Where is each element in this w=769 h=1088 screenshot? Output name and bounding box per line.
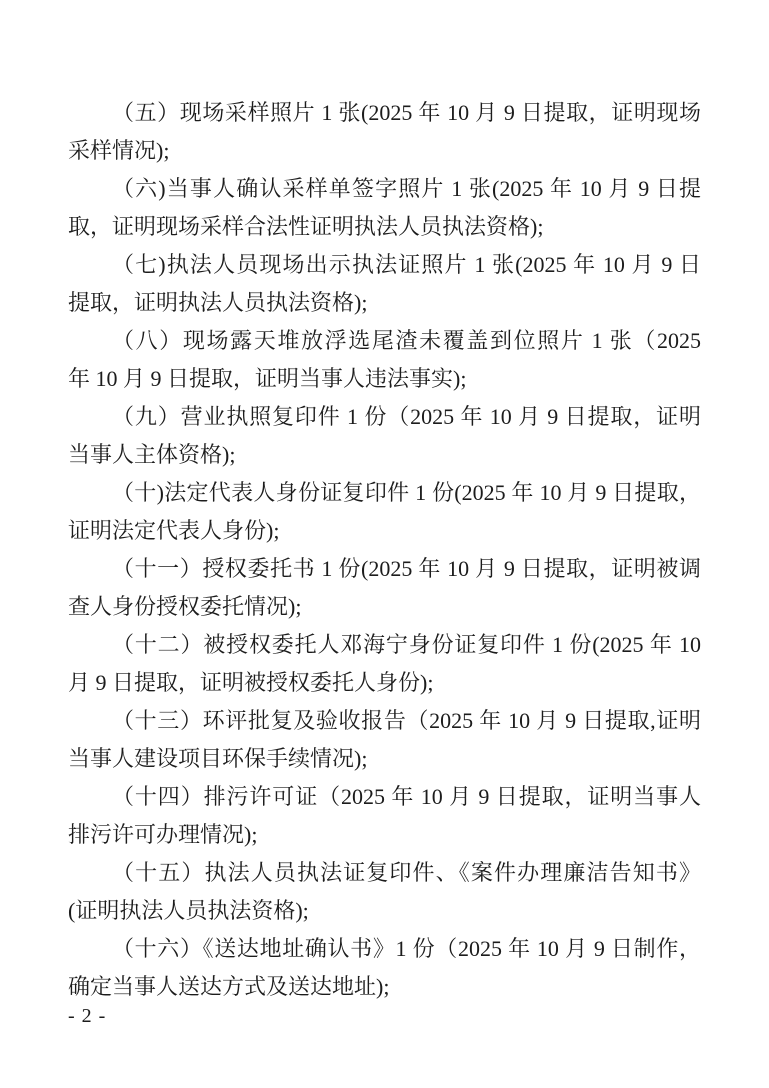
item-11-line-1: （十一）授权委托书 1 份(2025 年 10 月 9 日提取，证明被调 (68, 550, 701, 588)
item-5-line-2: 采样情况); (68, 132, 701, 170)
item-9-line-2: 当事人主体资格); (68, 436, 701, 474)
item-7-line-2: 提取，证明执法人员执法资格); (68, 284, 701, 322)
item-7-line-1: （七)执法人员现场出示执法证照片 1 张(2025 年 10 月 9 日 (68, 246, 701, 284)
item-11-line-2: 查人身份授权委托情况); (68, 588, 701, 626)
document-body: （五）现场采样照片 1 张(2025 年 10 月 9 日提取，证明现场采样情况… (68, 94, 701, 1006)
item-6-line-2: 取，证明现场采样合法性证明执法人员执法资格); (68, 208, 701, 246)
item-16-line-1: （十六）《送达地址确认书》1 份（2025 年 10 月 9 日制作， (68, 930, 701, 968)
item-6-line-1: （六)当事人确认采样单签字照片 1 张(2025 年 10 月 9 日提 (68, 170, 701, 208)
item-12-line-2: 月 9 日提取，证明被授权委托人身份); (68, 664, 701, 702)
item-12-line-1: （十二）被授权委托人邓海宁身份证复印件 1 份(2025 年 10 (68, 626, 701, 664)
item-14-line-2: 排污许可办理情况); (68, 816, 701, 854)
document-page: （五）现场采样照片 1 张(2025 年 10 月 9 日提取，证明现场采样情况… (0, 0, 769, 1088)
item-5-line-1: （五）现场采样照片 1 张(2025 年 10 月 9 日提取，证明现场 (68, 94, 701, 132)
item-8-line-2: 年 10 月 9 日提取，证明当事人违法事实); (68, 360, 701, 398)
item-15-line-2: (证明执法人员执法资格); (68, 892, 701, 930)
item-13-line-1: （十三）环评批复及验收报告（2025 年 10 月 9 日提取,证明 (68, 702, 701, 740)
item-13-line-2: 当事人建设项目环保手续情况); (68, 740, 701, 778)
page-number: - 2 - (68, 1003, 106, 1029)
item-16-line-2: 确定当事人送达方式及送达地址); (68, 968, 701, 1006)
item-15-line-1: （十五）执法人员执法证复印件、《案件办理廉洁告知书》 (68, 854, 701, 892)
item-9-line-1: （九）营业执照复印件 1 份（2025 年 10 月 9 日提取，证明 (68, 398, 701, 436)
item-10-line-1: （十)法定代表人身份证复印件 1 份(2025 年 10 月 9 日提取， (68, 474, 701, 512)
item-14-line-1: （十四）排污许可证（2025 年 10 月 9 日提取，证明当事人 (68, 778, 701, 816)
item-8-line-1: （八）现场露天堆放浮选尾渣未覆盖到位照片 1 张（2025 (68, 322, 701, 360)
item-10-line-2: 证明法定代表人身份); (68, 512, 701, 550)
